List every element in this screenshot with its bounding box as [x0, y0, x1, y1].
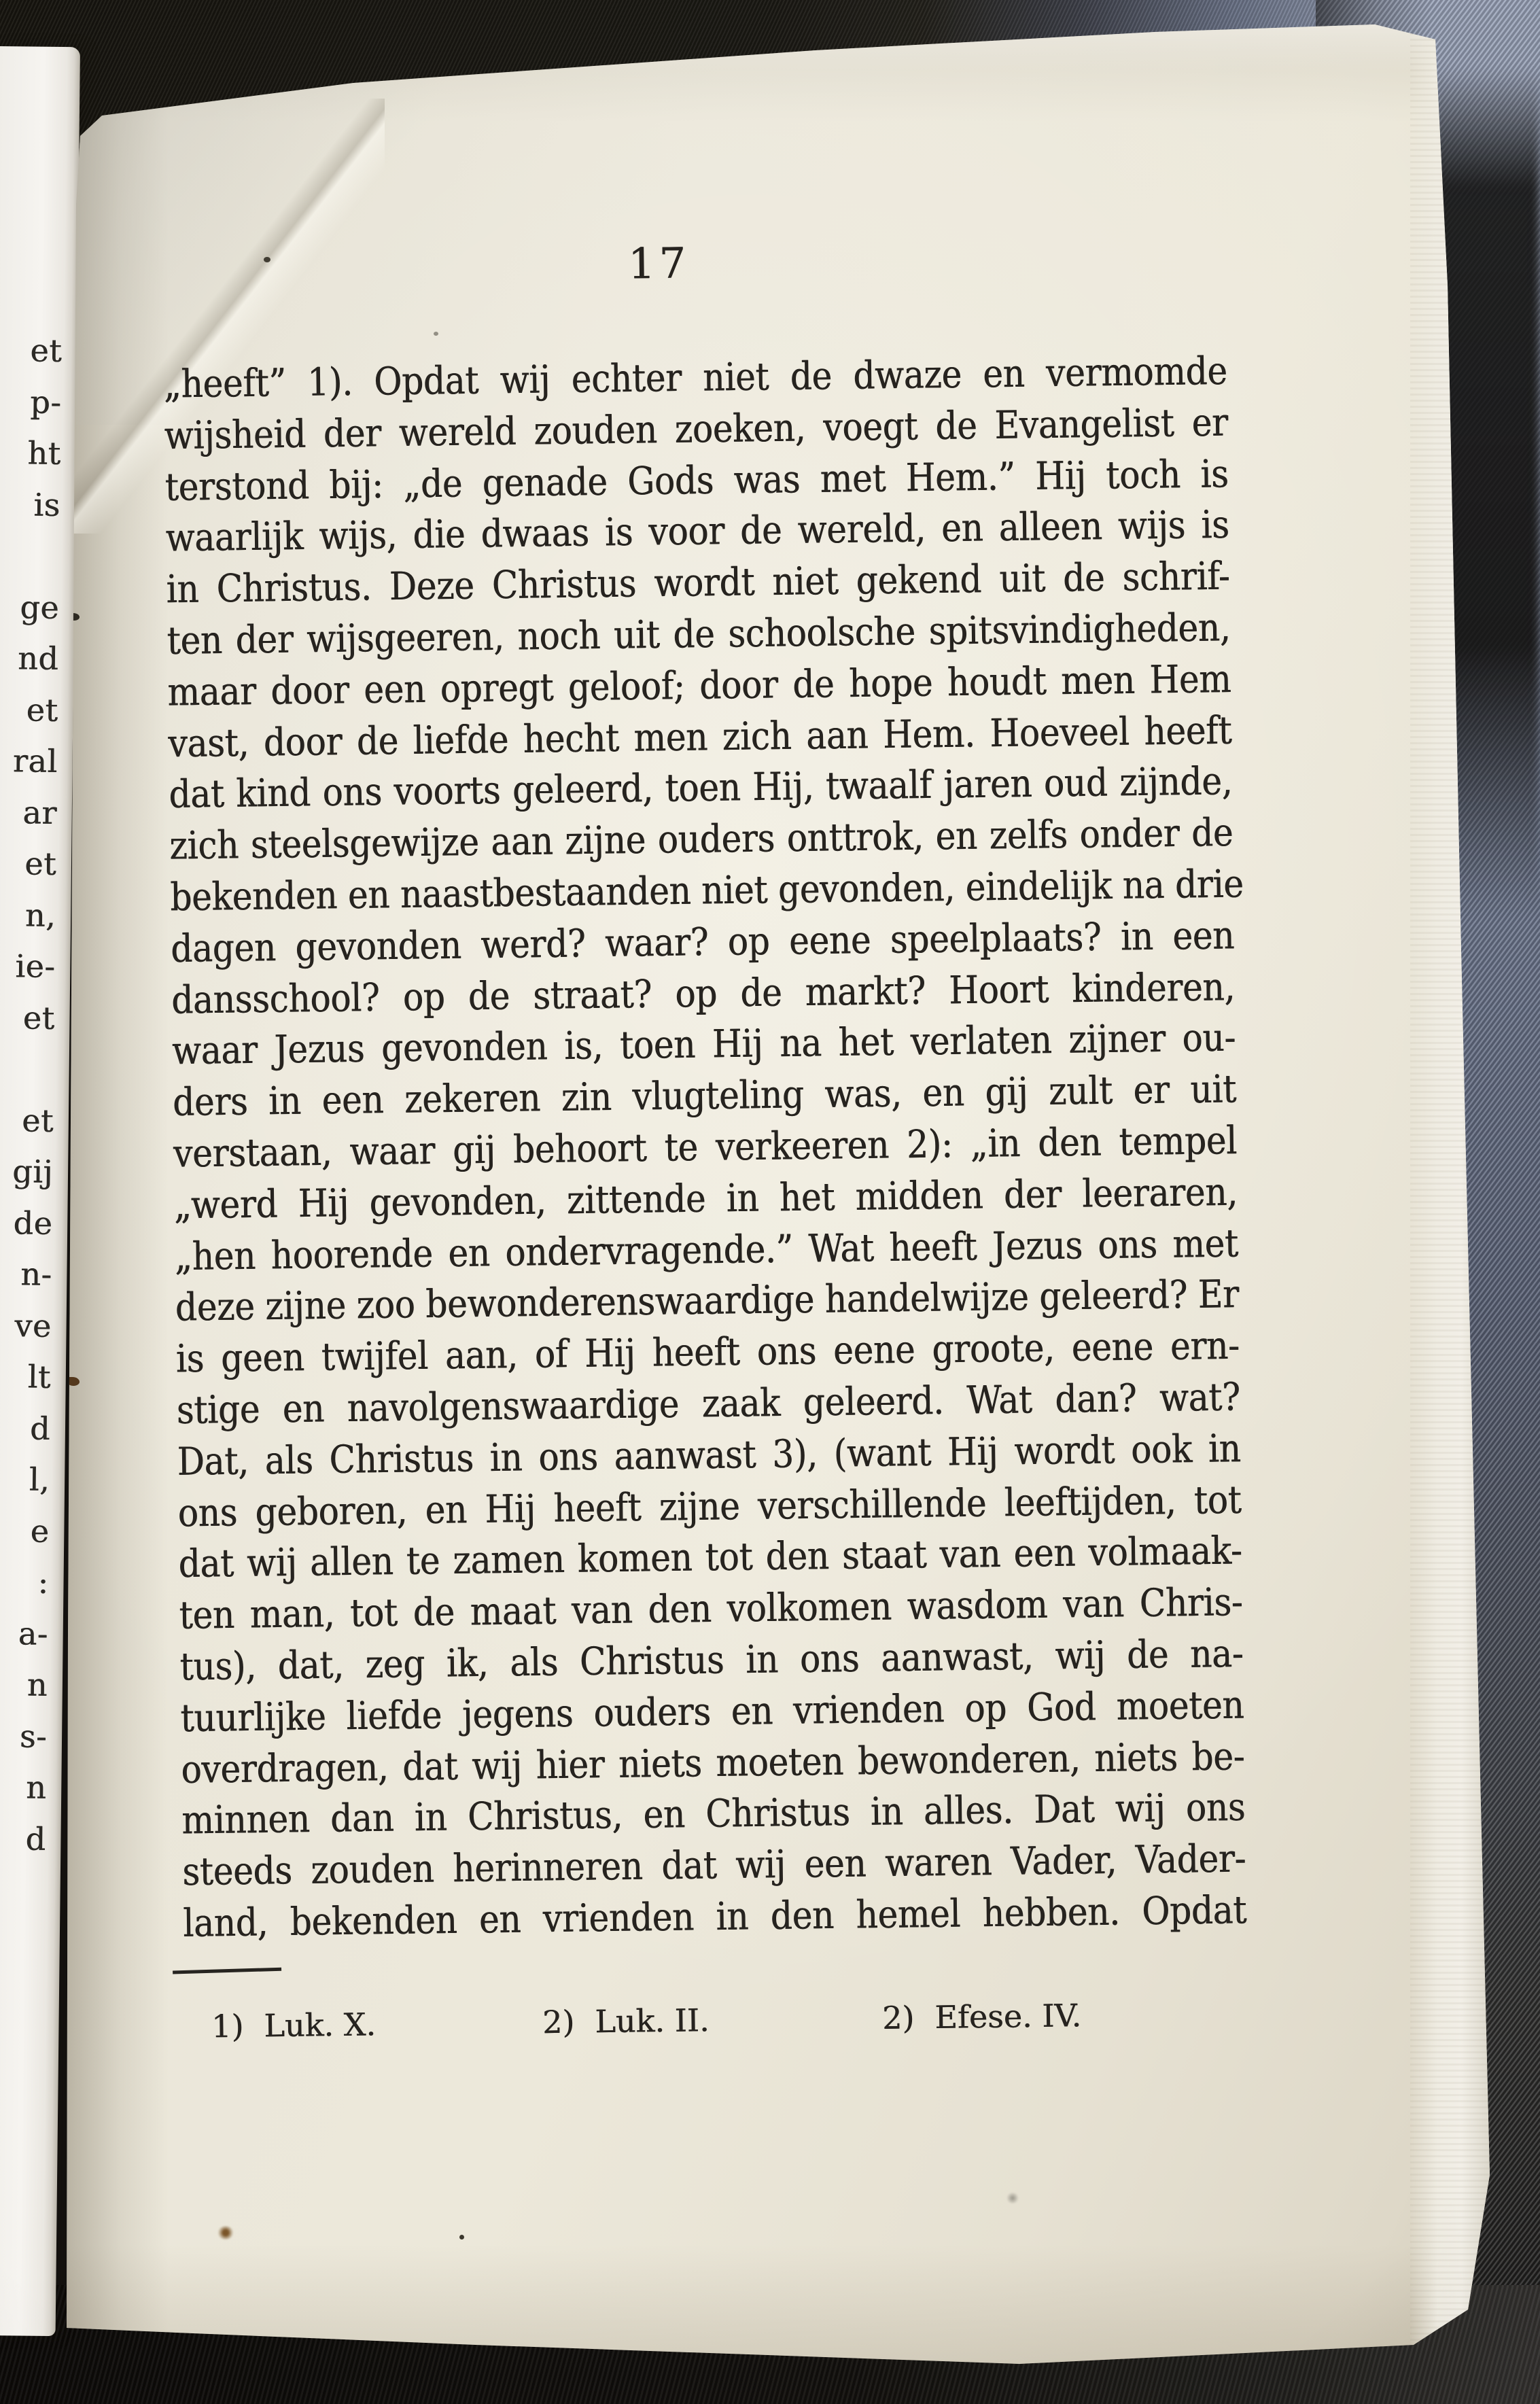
body-text: „heeft” 1). Opdat wij echter niet de dwa… — [163, 345, 1246, 1949]
adjacent-text-fragment: a- — [0, 1607, 48, 1660]
adjacent-text-fragment: et — [0, 1094, 54, 1147]
printed-content: 17 „heeft” 1). Opdat wij echter niet de … — [159, 0, 1253, 2404]
adjacent-text-fragment: n, — [0, 889, 56, 941]
adjacent-text-fragment: d — [0, 1402, 50, 1454]
footnote-reference: Efese. IV. — [934, 1997, 1082, 2036]
book-page-photo: et p- ht is ge nd et ral ar et n, — [0, 0, 1540, 2404]
footnote-item: 1)Luk. X. — [211, 2004, 543, 2044]
adjacent-text-fragment: nd — [0, 633, 59, 685]
book-page: 17 „heeft” 1). Opdat wij echter niet de … — [60, 20, 1495, 2373]
adjacent-text-fragment: de — [0, 1197, 53, 1249]
footnote-rule — [173, 1968, 281, 1974]
adjacent-text-fragment: s- — [0, 1710, 47, 1762]
footnote-item: 2)Efese. IV. — [882, 1997, 1082, 2036]
adjacent-text-fragment: lt — [0, 1351, 51, 1404]
adjacent-text-fragment: gij — [0, 1146, 53, 1198]
adjacent-text-fragment: p- — [0, 376, 62, 428]
adjacent-text-fragment: ral — [0, 735, 58, 788]
adjacent-text-fragment: et — [0, 992, 55, 1044]
footnote-marker: 2) — [542, 2004, 575, 2041]
adjacent-text-fragment: is — [0, 478, 60, 531]
adjacent-text-fragment: ve — [0, 1300, 52, 1352]
adjacent-text-fragment: e — [0, 1505, 50, 1557]
footnotes: 1)Luk. X. 2)Luk. II. 2)Efese. IV. — [211, 1995, 1245, 2044]
adjacent-text-fragment: n — [0, 1659, 48, 1711]
page-number: 17 — [162, 232, 1156, 294]
footnote-item: 2)Luk. II. — [542, 2000, 883, 2040]
adjacent-text-fragment: ht — [0, 428, 61, 480]
footnote-reference: Luk. II. — [595, 2002, 710, 2040]
adjacent-text-fragment: : — [0, 1556, 49, 1609]
gutter-mark — [67, 1377, 80, 1386]
adjacent-text-fragment — [0, 1043, 54, 1096]
adjacent-page-text-fragments: et p- ht is ge nd et ral ar et n, — [0, 325, 63, 1916]
footnote-marker: 2) — [882, 1999, 915, 2036]
adjacent-text-fragment: ie- — [0, 941, 56, 993]
adjacent-text-fragment — [0, 1864, 46, 1917]
adjacent-text-fragment: n- — [0, 1249, 52, 1301]
footnote-marker: 1) — [211, 2008, 244, 2045]
adjacent-text-fragment: et — [0, 325, 63, 377]
adjacent-text-fragment: ar — [0, 786, 57, 839]
adjacent-text-fragment: et — [0, 684, 58, 736]
adjacent-text-fragment: n — [0, 1762, 47, 1814]
footnote-reference: Luk. X. — [264, 2006, 376, 2044]
adjacent-text-fragment: et — [0, 838, 56, 890]
adjacent-text-fragment: d — [0, 1813, 46, 1865]
adjacent-text-fragment — [0, 530, 60, 582]
adjacent-text-fragment: l, — [0, 1454, 50, 1506]
adjacent-text-fragment: ge — [0, 581, 59, 633]
